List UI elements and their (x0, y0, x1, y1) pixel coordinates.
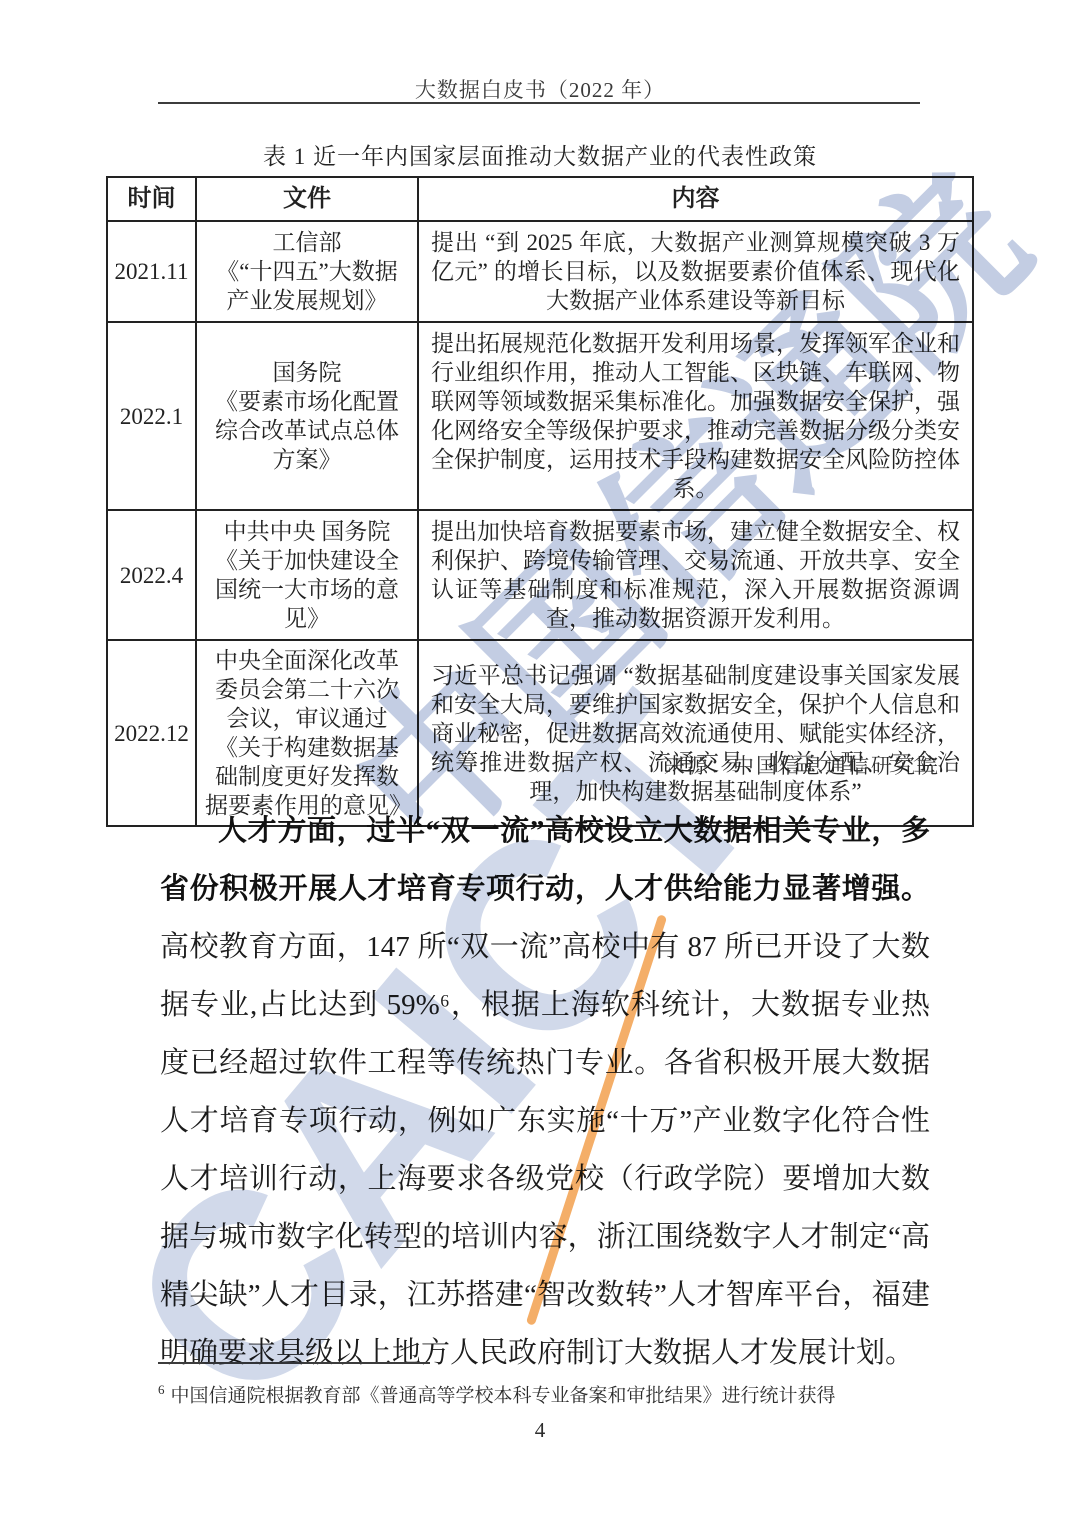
body-paragraph-regular: 高校教育方面，147 所“双一流”高校中有 87 所已开设了大数据专业,占比达到… (160, 931, 930, 1369)
cell-file: 中共中央 国务院 《关于加快建设全国统一大市场的意见》 (196, 510, 418, 640)
policy-table: 时间 文件 内容 2021.11 工信部 《“十四五”大数据产业发展规划》 提出… (106, 176, 974, 827)
cell-content: 提出加快培育数据要素市场，建立健全数据安全、权利保护、跨境传输管理、交易流通、开… (418, 510, 973, 640)
header-rule (158, 102, 920, 104)
document-page: 大数据白皮书（2022 年） 表 1 近一年内国家层面推动大数据产业的代表性政策… (0, 0, 1080, 1527)
page-number: 4 (0, 1418, 1080, 1443)
table-row: 2021.11 工信部 《“十四五”大数据产业发展规划》 提出 “到 2025 … (107, 221, 973, 322)
table-caption: 表 1 近一年内国家层面推动大数据产业的代表性政策 (0, 138, 1080, 171)
cell-file: 工信部 《“十四五”大数据产业发展规划》 (196, 221, 418, 322)
body-paragraph: 人才方面，过半“双一流”高校设立大数据相关专业，多省份积极开展人才培育专项行动，… (160, 802, 930, 1382)
footnote-marker: 6 (158, 1382, 165, 1397)
cell-time: 2022.4 (107, 510, 196, 640)
footnote-text: 中国信通院根据教育部《普通高等学校本科专业备案和审批结果》进行统计获得 (171, 1385, 836, 1406)
table-header-row: 时间 文件 内容 (107, 177, 973, 221)
cell-content: 提出拓展规范化数据开发利用场景，发挥领军企业和行业组织作用，推动人工智能、区块链… (418, 322, 973, 510)
footnote: 6中国信通院根据教育部《普通高等学校本科专业备案和审批结果》进行统计获得 (158, 1376, 938, 1410)
cell-time: 2021.11 (107, 221, 196, 322)
cell-content: 提出 “到 2025 年底，大数据产业测算规模突破 3 万亿元” 的增长目标，以… (418, 221, 973, 322)
cell-time: 2022.12 (107, 640, 196, 826)
footnote-rule (158, 1362, 430, 1364)
cell-file: 中央全面深化改革委员会第二十六次会议，审议通过《关于构建数据基础制度更好发挥数据… (196, 640, 418, 826)
cell-time: 2022.1 (107, 322, 196, 510)
table-row: 2022.4 中共中央 国务院 《关于加快建设全国统一大市场的意见》 提出加快培… (107, 510, 973, 640)
cell-file: 国务院 《要素市场化配置综合改革试点总体方案》 (196, 322, 418, 510)
table-source: 来源：中国信息通信研究院 (0, 750, 940, 780)
column-header-content: 内容 (418, 177, 973, 221)
column-header-time: 时间 (107, 177, 196, 221)
column-header-file: 文件 (196, 177, 418, 221)
table-row: 2022.12 中央全面深化改革委员会第二十六次会议，审议通过《关于构建数据基础… (107, 640, 973, 826)
cell-content: 习近平总书记强调 “数据基础制度建设事关国家发展和安全大局，要维护国家数据安全，… (418, 640, 973, 826)
table-row: 2022.1 国务院 《要素市场化配置综合改革试点总体方案》 提出拓展规范化数据… (107, 322, 973, 510)
running-header-title: 大数据白皮书（2022 年） (0, 74, 1080, 104)
body-paragraph-lead-bold: 人才方面，过半“双一流”高校设立大数据相关专业，多省份积极开展人才培育专项行动，… (160, 815, 930, 905)
